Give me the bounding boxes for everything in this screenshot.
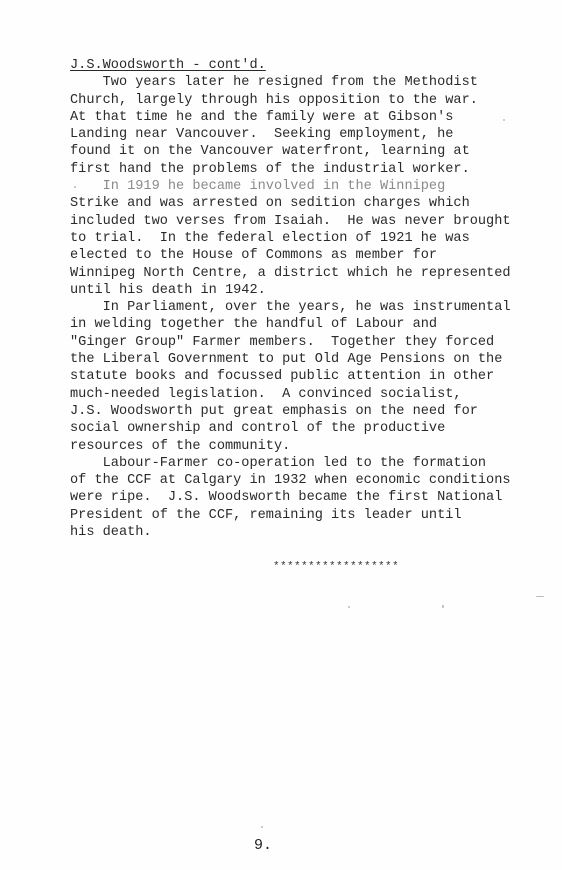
- text-line: Church, largely through his opposition t…: [70, 92, 550, 109]
- scan-speck: [261, 826, 263, 828]
- text-line: Winnipeg North Centre, a district which …: [70, 265, 550, 282]
- text-line: Labour-Farmer co-operation led to the fo…: [70, 455, 550, 472]
- scan-speck: [348, 606, 350, 608]
- text-line: until his death in 1942.: [70, 282, 550, 299]
- text-line: to trial. In the federal election of 192…: [70, 230, 550, 247]
- text-line: social ownership and control of the prod…: [70, 420, 550, 437]
- text-line: much-needed legislation. A convinced soc…: [70, 386, 550, 403]
- text-line: President of the CCF, remaining its lead…: [70, 507, 550, 524]
- scan-speck: [74, 186, 76, 188]
- scan-speck: [442, 605, 444, 608]
- text-line: resources of the community.: [70, 438, 550, 455]
- text-line: the Liberal Government to put Old Age Pe…: [70, 351, 550, 368]
- text-line: first hand the problems of the industria…: [70, 161, 550, 178]
- text-line: included two verses from Isaiah. He was …: [70, 213, 550, 230]
- scan-speck: [503, 119, 505, 121]
- scan-speck: [536, 596, 544, 597]
- text-line: Landing near Vancouver. Seeking employme…: [70, 126, 550, 143]
- document-body: J.S.Woodsworth - cont'd. Two years later…: [70, 57, 550, 541]
- text-line: At that time he and the family were at G…: [70, 109, 550, 126]
- section-heading: J.S.Woodsworth - cont'd.: [70, 57, 550, 74]
- text-line: In Parliament, over the years, he was in…: [70, 299, 550, 316]
- page-number: 9.: [254, 837, 272, 854]
- text-line: "Ginger Group" Farmer members. Together …: [70, 334, 550, 351]
- text-line: J.S. Woodsworth put great emphasis on th…: [70, 403, 550, 420]
- section-separator: ******************: [273, 561, 399, 573]
- text-line-faded: In 1919 he became involved in the Winnip…: [70, 178, 550, 195]
- text-line: his death.: [70, 524, 550, 541]
- text-line: in welding together the handful of Labou…: [70, 316, 550, 333]
- text-line: Strike and was arrested on sedition char…: [70, 195, 550, 212]
- text-line: were ripe. J.S. Woodsworth became the fi…: [70, 489, 550, 506]
- text-line: found it on the Vancouver waterfront, le…: [70, 143, 550, 160]
- text-line: elected to the House of Commons as membe…: [70, 247, 550, 264]
- text-line: statute books and focussed public attent…: [70, 368, 550, 385]
- text-line: Two years later he resigned from the Met…: [70, 74, 550, 91]
- text-line: of the CCF at Calgary in 1932 when econo…: [70, 472, 550, 489]
- document-page: J.S.Woodsworth - cont'd. Two years later…: [0, 0, 562, 870]
